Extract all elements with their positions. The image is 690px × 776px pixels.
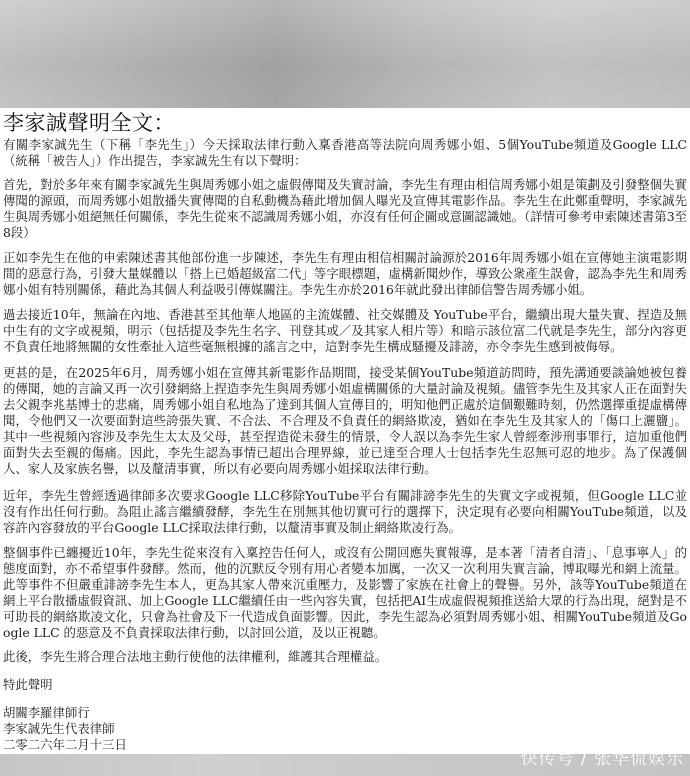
paragraph-ten-years: 整個事件已纏擾近10年，李先生從來沒有入稟控告任何人，或沒有公開回應失實報導，是…: [3, 545, 687, 641]
statement-document: 李家誠聲明全文： 有關李家誠先生（下稱「李先生」）今天採取法律行動入稟香港高等法…: [0, 108, 690, 754]
signature-firm: 胡關李羅律師行: [3, 705, 90, 721]
top-gray-band: [0, 0, 690, 108]
paragraph-hereafter: 此後，李先生將合理合法地主動行使他的法律權利，維護其合理權益。: [3, 649, 687, 665]
paragraph-intro: 有關李家誠先生（下稱「李先生」）今天採取法律行動入稟香港高等法院向周秀娜小姐、5…: [3, 137, 687, 169]
closing-statement: 特此聲明: [3, 677, 53, 693]
paragraph-firstly: 首先，對於多年來有關李家誠先生與周秀娜小姐之虛假傳聞及失實討論，李先生有理由相信…: [3, 177, 687, 241]
signature-role: 李家誠先生代表律師: [3, 721, 115, 737]
paragraph-google-youtube: 近年，李先生曾經透過律師多次要求Google LLC移除YouTube平台有關誹…: [3, 488, 687, 536]
statement-title: 李家誠聲明全文：: [3, 110, 175, 136]
signature-date: 二零二六年二月十三日: [3, 737, 127, 753]
paragraph-2025-events: 更甚的是，在2025年6月，周秀娜小姐在宣傳其新電影作品期間，接受某個YouTu…: [3, 365, 687, 477]
source-watermark: 快传号 / 张华侃娱乐: [520, 744, 684, 769]
paragraph-past-decade: 過去接近10年，無論在內地、香港甚至其他華人地區的主流媒體、社交媒體及 YouT…: [3, 307, 687, 355]
paragraph-2016-origin: 正如李先生在他的申索陳述書其他部份進一步陳述，李先生有理由相信相關討論源於201…: [3, 250, 687, 298]
